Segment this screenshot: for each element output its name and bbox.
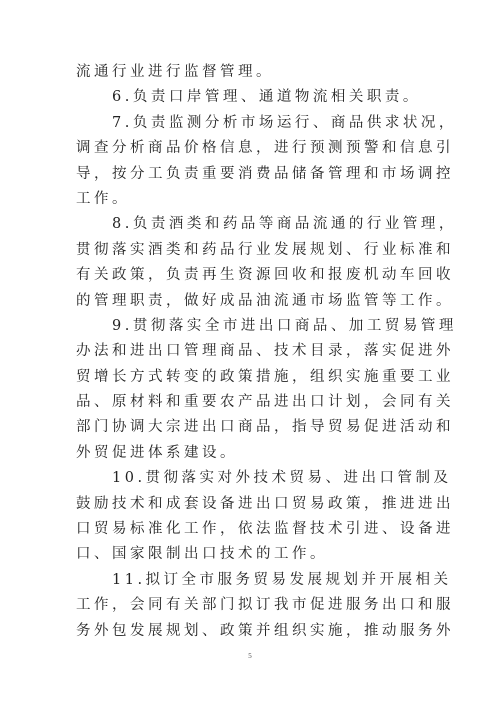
text-line: 办法和进出口管理商品、技术目录，落实促进外	[76, 339, 436, 364]
text-line: 贯彻落实酒类和药品行业发展规划、行业标准和	[76, 238, 436, 263]
document-page: 流通行业进行监督管理。 6.负责口岸管理、通道物流相关职责。 7.负责监测分析市…	[0, 0, 500, 707]
text-line: 流通行业进行监督管理。	[76, 60, 436, 85]
text-line: 6.负责口岸管理、通道物流相关职责。	[76, 85, 436, 110]
text-line: 工作，会同有关部门拟订我市促进服务出口和服	[76, 593, 436, 618]
text-line: 8.负责酒类和药品等商品流通的行业管理，	[76, 212, 436, 237]
text-line: 9.贯彻落实全市进出口商品、加工贸易管理	[76, 314, 436, 339]
text-line: 有关政策，负责再生资源回收和报废机动车回收	[76, 263, 436, 288]
text-line: 调查分析商品价格信息，进行预测预警和信息引	[76, 136, 436, 161]
text-line: 10.贯彻落实对外技术贸易、进出口管制及	[76, 466, 436, 491]
text-line: 口贸易标准化工作，依法监督技术引进、设备进	[76, 517, 436, 542]
text-line: 务外包发展规划、政策并组织实施，推动服务外	[76, 619, 436, 644]
text-line: 7.负责监测分析市场运行、商品供求状况，	[76, 111, 436, 136]
text-line: 11.拟订全市服务贸易发展规划并开展相关	[76, 568, 436, 593]
text-line: 品、原材料和重要农产品进出口计划，会同有关	[76, 390, 436, 415]
body-text: 流通行业进行监督管理。 6.负责口岸管理、通道物流相关职责。 7.负责监测分析市…	[76, 60, 436, 644]
text-line: 口、国家限制出口技术的工作。	[76, 542, 436, 567]
text-line: 鼓励技术和成套设备进出口贸易政策，推进进出	[76, 492, 436, 517]
text-line: 工作。	[76, 187, 436, 212]
text-line: 导，按分工负责重要消费品储备管理和市场调控	[76, 162, 436, 187]
text-line: 的管理职责，做好成品油流通市场监管等工作。	[76, 289, 436, 314]
text-line: 部门协调大宗进出口商品，指导贸易促进活动和	[76, 415, 436, 440]
text-line: 贸增长方式转变的政策措施，组织实施重要工业	[76, 365, 436, 390]
page-number: 5	[246, 652, 254, 660]
text-line: 外贸促进体系建设。	[76, 441, 436, 466]
